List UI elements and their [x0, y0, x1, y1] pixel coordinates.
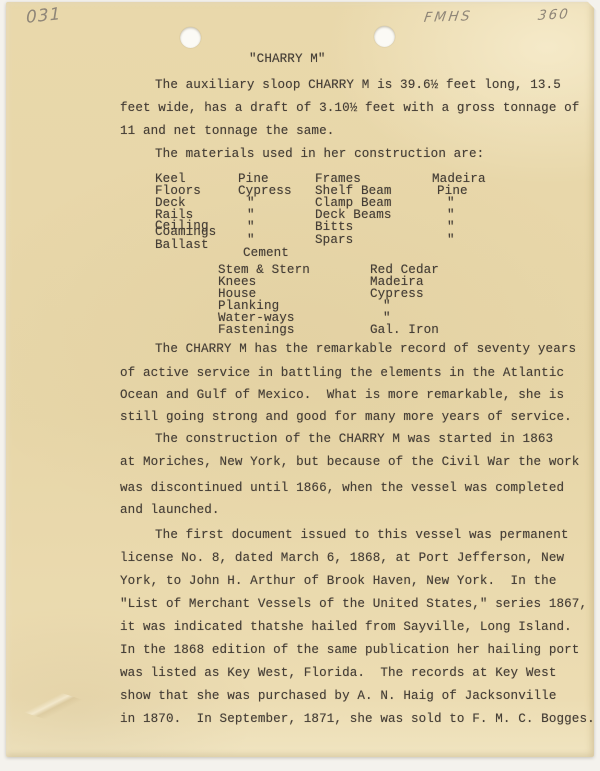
table-cell: Cypress [370, 287, 424, 301]
handwritten-page-number: 031 [26, 4, 62, 28]
handwritten-catalog-number: 360 [537, 6, 571, 24]
ditto-mark: " [247, 233, 255, 247]
para4-line: "List of Merchant Vessels of the United … [120, 597, 587, 611]
table-cell: Cement [243, 246, 289, 260]
para2-line: The CHARRY M has the remarkable record o… [155, 342, 576, 356]
table-cell: Fastenings [218, 323, 295, 337]
para4-line: was listed as Key West, Florida. The rec… [120, 666, 556, 680]
para4-line: it was indicated thatshe hailed from Say… [120, 620, 572, 634]
para4-line: license No. 8, dated March 6, 1868, at P… [120, 551, 564, 565]
para2-line: of active service in battling the elemen… [120, 366, 564, 380]
para3-line: and launched. [120, 503, 220, 517]
handwritten-catalog-code: FMHS [423, 8, 473, 26]
para1-line: feet wide, has a draft of 3.10½ feet wit… [120, 101, 579, 115]
para4-line: In the 1868 edition of the same publicat… [120, 643, 579, 657]
materials-intro-line: The materials used in her construction a… [155, 147, 484, 161]
hole-punch-left [180, 27, 201, 48]
ditto-mark: " [447, 233, 455, 247]
para3-line: was discontinued until 1866, when the ve… [120, 481, 564, 495]
paper-corner-fold [586, 0, 600, 14]
table-cell: Bitts [315, 220, 353, 234]
para4-line: show that she was purchased by A. N. Hai… [120, 689, 556, 703]
table-cell-overstruck: Coamings [155, 225, 216, 239]
ditto-mark: " [447, 220, 455, 234]
table-cell: Spars [315, 233, 353, 247]
para4-line: York, to John H. Arthur of Brook Haven, … [120, 574, 556, 588]
para1-line: The auxiliary sloop CHARRY M is 39.6½ fe… [155, 78, 561, 92]
hole-punch-right [374, 26, 395, 47]
ditto-mark: " [247, 220, 255, 234]
para4-line: in 1870. In September, 1871, she was sol… [120, 712, 595, 726]
para2-line: Ocean and Gulf of Mexico. What is more r… [120, 388, 564, 402]
document-title: "CHARRY M" [249, 52, 326, 66]
para1-line: 11 and net tonnage the same. [120, 124, 334, 138]
para3-line: The construction of the CHARRY M was sta… [155, 432, 553, 446]
para3-line: at Moriches, New York, but because of th… [120, 455, 579, 469]
para2-line: still going strong and good for many mor… [120, 410, 572, 424]
para4-line: The first document issued to this vessel… [155, 528, 569, 542]
table-cell: Gal. Iron [370, 323, 439, 337]
scanned-document-page: 031 FMHS 360 "CHARRY M" The auxiliary sl… [0, 0, 600, 771]
table-cell: Ballast [155, 238, 209, 252]
